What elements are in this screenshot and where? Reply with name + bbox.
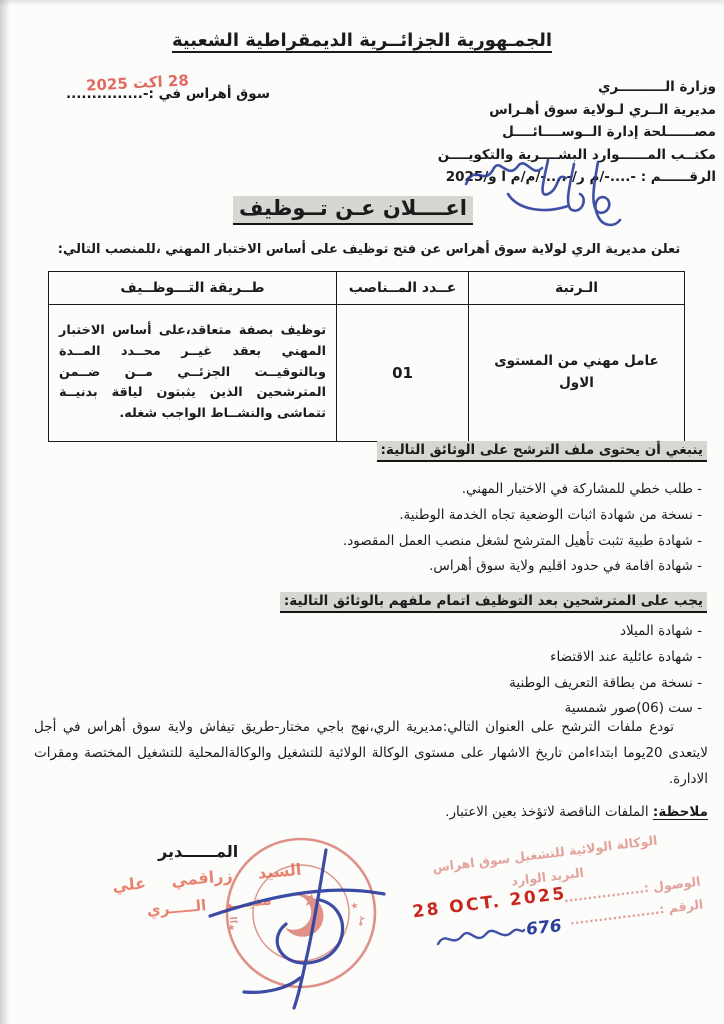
announcement-intro: تعلن مديرية الري لولاية سوق أهراس عن فتح… bbox=[30, 242, 708, 257]
handwritten-registration-number: 676 bbox=[526, 916, 562, 940]
ministry-line: وزارة الــــــــــري bbox=[438, 76, 716, 99]
required-docs-list: - طلب خطي للمشاركة في الاختبار المهني. -… bbox=[343, 477, 702, 580]
list-item: - طلب خطي للمشاركة في الاختبار المهني. bbox=[343, 477, 702, 503]
list-item: - شهادة الميلاد bbox=[509, 619, 702, 645]
handwritten-date-scribble bbox=[432, 922, 528, 956]
note-label: ملاحظة: bbox=[653, 804, 708, 820]
column-header-rank: الـرتبة bbox=[469, 272, 685, 305]
table-header-row: الـرتبة عــدد المــناصب طــريقة التـــوظ… bbox=[49, 272, 685, 305]
list-item: - نسخة من شهادة اثبات الوضعية تجاه الخدم… bbox=[343, 503, 702, 529]
table-row: عامل مهني من المستوى الاول 01 توظيف بصفة… bbox=[49, 305, 685, 442]
director-signature bbox=[148, 842, 404, 1014]
service-line: مصــــــلحة إدارة الــوســــائــــل bbox=[438, 121, 716, 144]
positions-table: الـرتبة عــدد المــناصب طــريقة التـــوظ… bbox=[48, 271, 685, 442]
note-text: الملفات الناقصة لاتؤخذ بعين الاعتبار. bbox=[445, 804, 653, 820]
rank-cell: عامل مهني من المستوى الاول bbox=[469, 305, 685, 442]
list-item: - شهادة عائلية عند الاقتضاء bbox=[509, 645, 702, 671]
directorate-line: مديرية الــري لـولاية سوق أهـراس bbox=[438, 99, 716, 122]
list-item: - شهادة طبية تثبت تأهيل المترشح لشغل منص… bbox=[343, 529, 702, 555]
post-hire-docs-title: يجب على المترشحين بعد التوظيف اتمام ملفه… bbox=[280, 592, 707, 613]
positions-count-cell: 01 bbox=[337, 305, 469, 442]
scanned-job-announcement-document: الجمـهورية الجزائــرية الديمقراطية الشعب… bbox=[0, 0, 724, 1024]
submission-instructions: تودع ملفات الترشح على العنوان التالي:مدي… bbox=[34, 714, 708, 792]
post-hire-docs-list: - شهادة الميلاد - شهادة عائلية عند الاقت… bbox=[509, 619, 702, 722]
required-docs-title: ينبغي أن يحتوى ملف الترشح على الوثائق ال… bbox=[377, 441, 708, 462]
handwritten-reference-scribble bbox=[448, 154, 638, 232]
note-line: ملاحظة: الملفات الناقصة لاتؤخذ بعين الاع… bbox=[445, 804, 708, 820]
list-item: - نسخة من بطاقة التعريف الوطنية bbox=[509, 671, 702, 697]
recruitment-method-cell: توظيف بصفة متعاقد،على أساس الاختبار المه… bbox=[49, 305, 337, 442]
republic-title: الجمـهورية الجزائــرية الديمقراطية الشعب… bbox=[0, 30, 724, 51]
announcement-title: اعــــلان عـن تــوظيف bbox=[233, 196, 473, 225]
column-header-positions: عــدد المــناصب bbox=[337, 272, 469, 305]
column-header-method: طــريقة التـــوظــيف bbox=[49, 272, 337, 305]
list-item: - شهادة اقامة في حدود اقليم ولاية سوق أه… bbox=[343, 554, 702, 580]
